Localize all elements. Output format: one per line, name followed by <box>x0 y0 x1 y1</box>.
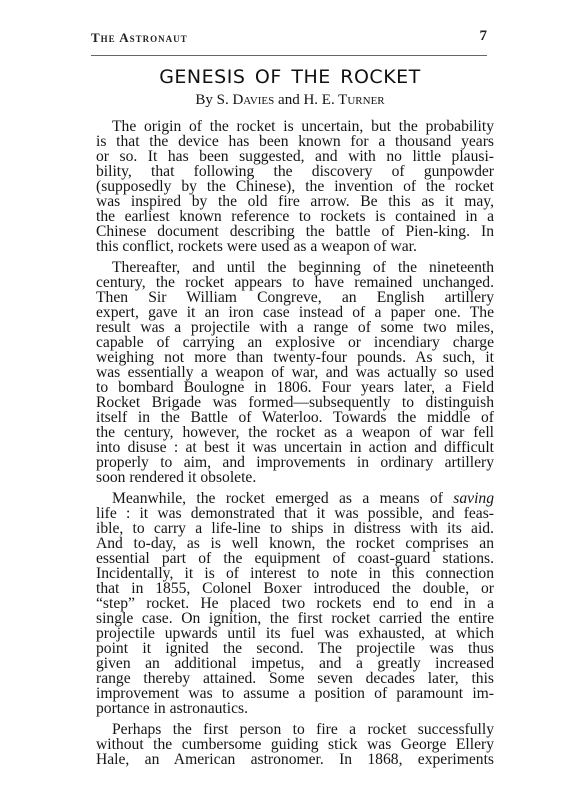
paragraph-2: Thereafter, and until the beginning of t… <box>96 260 494 485</box>
text-line: was inspired by the old fire arrow. Be t… <box>96 194 494 209</box>
text-line: essential part of the equipment of coast… <box>96 551 494 566</box>
text-line: ible, to carry a life-line to ships in d… <box>96 521 494 536</box>
text-line: The origin of the rocket is uncertain, b… <box>96 119 494 134</box>
text-line: soon rendered it obsolete. <box>96 470 494 485</box>
text-line: Meanwhile, the rocket emerged as a means… <box>96 491 494 506</box>
text-line: into disuse : at best it was uncertain i… <box>96 440 494 455</box>
article-byline: By S. Davies and H. E. Turner <box>0 92 580 109</box>
text-line: single case. On ignition, the first rock… <box>96 611 494 626</box>
text-line: itself in the Battle of Waterloo. Toward… <box>96 410 494 425</box>
text-line: Incidentally, it is of interest to note … <box>96 566 494 581</box>
article-body: The origin of the rocket is uncertain, b… <box>96 119 494 773</box>
text-line: life : it was demonstrated that it was p… <box>96 506 494 521</box>
text-line: Then Sir William Congreve, an English ar… <box>96 290 494 305</box>
text-line: this conflict, rockets were used as a we… <box>96 239 494 254</box>
text-line: is that the device has been known for a … <box>96 134 494 149</box>
text-line: Rocket Brigade was formed—subsequently t… <box>96 395 494 410</box>
text-line: improvement was to assume a position of … <box>96 686 494 701</box>
journal-name: The Astronaut <box>91 30 188 46</box>
text-line: expert, gave it an iron case instead of … <box>96 305 494 320</box>
text-line: without the cumbersome guiding stick was… <box>96 737 494 752</box>
text-line: that in 1855, Colonel Boxer introduced t… <box>96 581 494 596</box>
paragraph-3: Meanwhile, the rocket emerged as a means… <box>96 491 494 716</box>
text-line: range thereby attained. Some seven decad… <box>96 671 494 686</box>
text-line: given an additional impetus, and a great… <box>96 656 494 671</box>
author-1: S. Davies <box>217 92 275 108</box>
text-line: “step” rocket. He placed two rockets end… <box>96 596 494 611</box>
text-line: Hale, an American astronomer. In 1868, e… <box>96 752 494 767</box>
paragraph-4: Perhaps the first person to fire a rocke… <box>96 722 494 767</box>
text-line: was essentially a weapon of war, and was… <box>96 365 494 380</box>
byline-prefix: By <box>195 92 216 108</box>
text-line: properly to aim, and improvements in ord… <box>96 455 494 470</box>
text-line: or so. It has been suggested, and with n… <box>96 149 494 164</box>
byline-conjunction: and <box>274 92 303 108</box>
author-2: H. E. Turner <box>303 92 384 108</box>
text-line: the earliest known reference to rockets … <box>96 209 494 224</box>
header-rule <box>91 55 487 56</box>
text-line: result was a projectile with a range of … <box>96 320 494 335</box>
text-line: projectile upwards until its fuel was ex… <box>96 626 494 641</box>
text-line: portance in astronautics. <box>96 701 494 716</box>
document-page: The Astronaut 7 GENESIS OF THE ROCKET By… <box>0 0 580 790</box>
text-line: point it ignited the second. The project… <box>96 641 494 656</box>
text-line: to bombard Boulogne in 1806. Four years … <box>96 380 494 395</box>
text-line: (supposedly by the Chinese), the inventi… <box>96 179 494 194</box>
text-line: And to-day, as is well known, the rocket… <box>96 536 494 551</box>
text-line: bility, that following the discovery of … <box>96 164 494 179</box>
text-line: the century, however, the rocket as a we… <box>96 425 494 440</box>
text-line: capable of carrying an explosive or ince… <box>96 335 494 350</box>
running-head: The Astronaut 7 <box>91 30 487 46</box>
text-line: weighing not more than twenty-four pound… <box>96 350 494 365</box>
article-title: GENESIS OF THE ROCKET <box>0 66 580 88</box>
text-line: Thereafter, and until the beginning of t… <box>96 260 494 275</box>
text-line: century, the rocket appears to have rema… <box>96 275 494 290</box>
page-number: 7 <box>480 28 488 45</box>
text-line: Chinese document describing the battle o… <box>96 224 494 239</box>
text-line: Perhaps the first person to fire a rocke… <box>96 722 494 737</box>
paragraph-1: The origin of the rocket is uncertain, b… <box>96 119 494 254</box>
